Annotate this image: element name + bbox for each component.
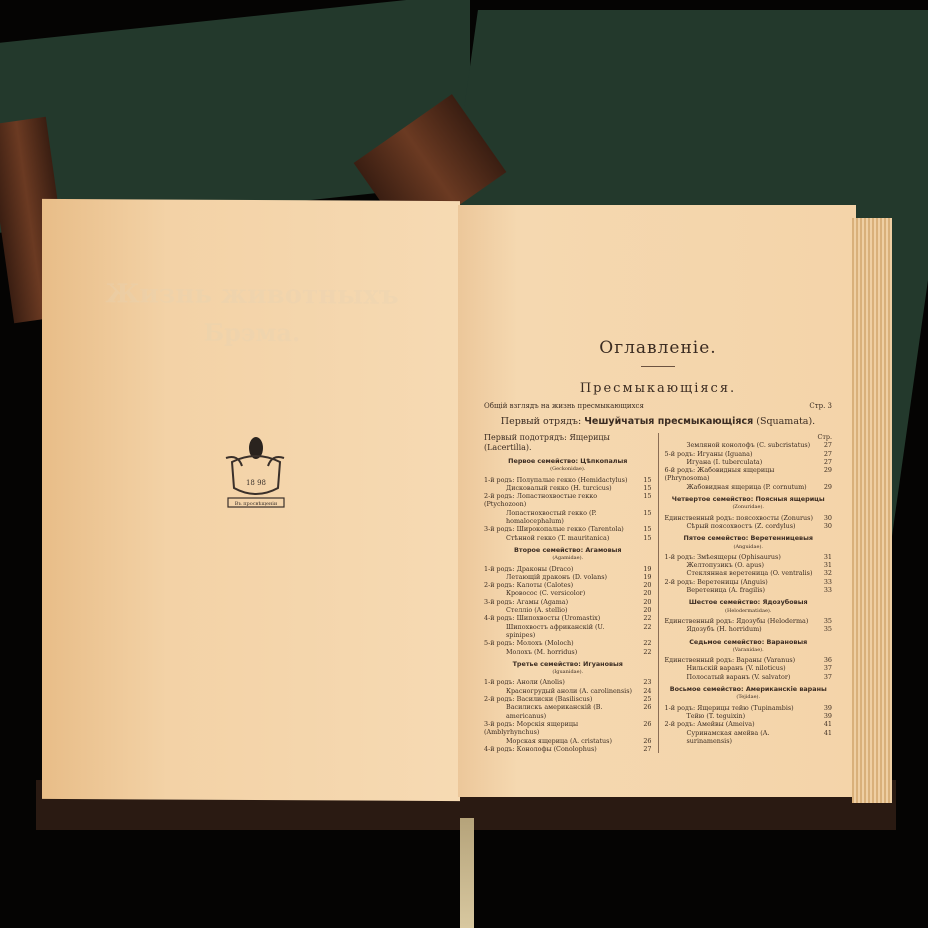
divider <box>641 366 675 367</box>
genus-entry: 1-й родъ: Драконы (Draco)19 <box>484 565 652 573</box>
genus-entry: Единственный родъ: Ядозубы (Heloderma)35 <box>665 617 833 625</box>
species-entry: Сѣрый поясохвостъ (Z. cordylus)30 <box>665 522 833 530</box>
species-entry: Стеклянная веретеница (O. ventralis)32 <box>665 569 833 577</box>
species-entry: Земляной конолофъ (C. subcristatus)27 <box>665 441 833 449</box>
genus-entry: Единственный родъ: Вараны (Varanus)36 <box>665 656 833 664</box>
toc-left-column: Первый подотрядъ: Ящерицы (Lacertilia). … <box>478 433 659 753</box>
family-heading: Четвертое семейство: Поясныя ящерицы(Zon… <box>665 495 833 512</box>
species-entry: Суринамская амейва (A. surinamensis)41 <box>665 729 833 746</box>
species-entry: Летающій драконъ (D. volans)19 <box>484 573 652 581</box>
genus-entry: 3-й родъ: Морскія ящерицы (Amblyrhynchus… <box>484 720 652 737</box>
order-heading: Первый отрядъ: Чешуйчатыя пресмыкающіяся… <box>478 416 838 427</box>
species-entry: Стеллio (A. stellio)20 <box>484 606 652 614</box>
genus-entry: 1-й родъ: Змѣеящеры (Ophisaurus)31 <box>665 553 833 561</box>
page-edges <box>852 218 892 803</box>
species-entry: Полосатый варанъ (V. salvator)37 <box>665 673 833 681</box>
publisher-emblem-icon: 18 98 Въ просвѣщеніи <box>218 432 293 510</box>
faded-title-line1: Жизнь животныхъ <box>82 279 422 311</box>
family-heading: Шестое семейство: Ядозубовыя(Helodermati… <box>665 598 833 615</box>
species-entry: Шипохвостъ африканскій (U. spinipes)22 <box>484 623 652 640</box>
species-entry: Морская ящерица (A. cristatus)26 <box>484 737 652 745</box>
genus-entry: 4-й родъ: Шипохвосты (Uromastix)22 <box>484 614 652 622</box>
family-heading: Седьмое семейство: Варановыя(Varanidae). <box>665 638 833 655</box>
suborder-heading: Первый подотрядъ: Ящерицы (Lacertilia). <box>484 433 652 453</box>
table-of-contents: Оглавленіе. Пресмыкающіяся. Общій взгляд… <box>478 338 838 753</box>
page-title: Оглавленіе. <box>478 338 838 358</box>
genus-entry: 2-й родъ: Калоты (Calotes)20 <box>484 581 652 589</box>
species-entry: Кровосос (C. versicolor)20 <box>484 589 652 597</box>
toc-right-column: Стр. Земляной конолофъ (C. subcristatus)… <box>659 433 839 753</box>
species-entry: Жабовидная ящерица (P. cornutum)29 <box>665 483 833 491</box>
species-entry: Красногрудый аноли (A. carolinensis)24 <box>484 687 652 695</box>
species-entry: Василискъ американскій (B. americanus)26 <box>484 703 652 720</box>
genus-entry: 6-й родъ: Жабовидныя ящерицы (Phrynosoma… <box>665 466 833 483</box>
species-entry: Дисковалый гекко (H. turcicus)15 <box>484 484 652 492</box>
genus-entry: 2-й родъ: Веретеницы (Anguis)33 <box>665 578 833 586</box>
genus-entry: 5-й родъ: Молохъ (Moloch)22 <box>484 639 652 647</box>
genus-entry: 1-й родъ: Аноли (Anolis)23 <box>484 678 652 686</box>
species-entry: Стѣнной гекко (T. mauritanica)15 <box>484 534 652 542</box>
svg-text:18 98: 18 98 <box>246 479 266 487</box>
family-heading: Пятое семейство: Веретенницевыя(Anguidae… <box>665 534 833 551</box>
species-entry: Тейю (T. teguixin)39 <box>665 712 833 720</box>
genus-entry: 5-й родъ: Игуаны (Iguana)27 <box>665 450 833 458</box>
species-entry: Веретеница (A. fragilis)33 <box>665 586 833 594</box>
genus-entry: 2-й родъ: Лопастнохвостые гекко (Ptychoz… <box>484 492 652 509</box>
species-entry: Молохъ (M. horridus)22 <box>484 648 652 656</box>
genus-entry: 1-й родъ: Полупалые гекко (Hemidactylus)… <box>484 476 652 484</box>
species-entry: Игуана (I. tuberculata)27 <box>665 458 833 466</box>
family-heading: Третье семейство: Игуановыя(Iguanidae). <box>484 660 652 677</box>
intro-line: Общій взглядъ на жизнь пресмыкающихсяСтр… <box>484 402 832 410</box>
species-entry: Желтопузикъ (O. apus)31 <box>665 561 833 569</box>
species-entry: Нильскій варанъ (V. niloticus)37 <box>665 664 833 672</box>
svg-text:Въ просвѣщеніи: Въ просвѣщеніи <box>235 500 278 507</box>
faded-title-line2: Брэма. <box>82 317 422 348</box>
bookmark-ribbon <box>460 818 474 928</box>
genus-entry: Единственный родъ: поясохвосты (Zonurus)… <box>665 514 833 522</box>
family-heading: Восьмое семейство: Американскіе вараны(T… <box>665 685 833 702</box>
family-heading: Первое семейство: Цѣпкопалыя(Geckonidae)… <box>484 457 652 474</box>
species-entry: Ядозубъ (H. horridum)35 <box>665 625 833 633</box>
genus-entry: 2-й родъ: Амейвы (Ameiva)41 <box>665 720 833 728</box>
genus-entry: 1-й родъ: Ящерицы тейю (Tupinambis)39 <box>665 704 833 712</box>
family-heading: Второе семейство: Агамовыя(Agamidae). <box>484 546 652 563</box>
section-title: Пресмыкающіяся. <box>478 381 838 396</box>
species-entry: Лопастнохвостый гекко (P. homalocephalum… <box>484 509 652 526</box>
genus-entry: 3-й родъ: Широкопалые гекко (Tarentola)1… <box>484 525 652 533</box>
genus-entry: 2-й родъ: Василиски (Basiliscus)25 <box>484 695 652 703</box>
genus-entry: 4-й родъ: Конолофы (Conolophus)27 <box>484 745 652 753</box>
genus-entry: 3-й родъ: Агамы (Agama)20 <box>484 598 652 606</box>
